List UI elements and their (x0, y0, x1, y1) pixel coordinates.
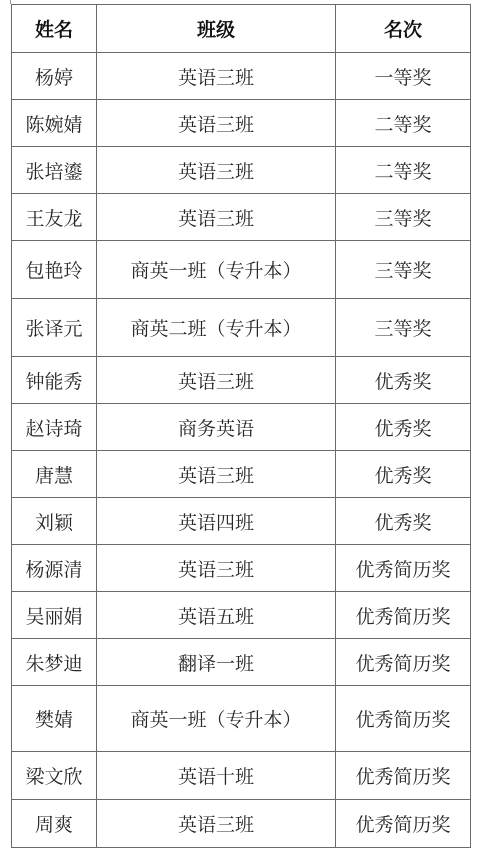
cell-rank: 三等奖 (336, 299, 471, 357)
cell-class: 英语三班 (97, 545, 336, 592)
cell-rank: 优秀简历奖 (336, 752, 471, 800)
header-rank: 名次 (336, 5, 471, 53)
cell-name: 钟能秀 (12, 357, 97, 404)
table-row: 杨婷 英语三班 一等奖 (12, 53, 471, 100)
cell-rank: 优秀简历奖 (336, 639, 471, 686)
cell-name: 张译元 (12, 299, 97, 357)
cell-name: 唐慧 (12, 451, 97, 498)
table-row: 张培鎏 英语三班 二等奖 (12, 147, 471, 194)
table-row: 周爽 英语三班 优秀简历奖 (12, 800, 471, 848)
cell-name: 王友龙 (12, 194, 97, 241)
cell-class: 英语三班 (97, 800, 336, 848)
cell-class: 英语五班 (97, 592, 336, 639)
cell-class: 商英一班（专升本） (97, 241, 336, 299)
table-row: 张译元 商英二班（专升本） 三等奖 (12, 299, 471, 357)
cell-name: 杨源清 (12, 545, 97, 592)
cell-class: 商英二班（专升本） (97, 299, 336, 357)
table-row: 陈婉婧 英语三班 二等奖 (12, 100, 471, 147)
cell-rank: 优秀奖 (336, 404, 471, 451)
cell-class: 英语三班 (97, 147, 336, 194)
cell-class: 英语三班 (97, 53, 336, 100)
cell-class: 商英一班（专升本） (97, 686, 336, 752)
table-row: 唐慧 英语三班 优秀奖 (12, 451, 471, 498)
cell-class: 英语三班 (97, 451, 336, 498)
cell-name: 朱梦迪 (12, 639, 97, 686)
cell-name: 包艳玲 (12, 241, 97, 299)
cell-rank: 优秀简历奖 (336, 545, 471, 592)
cell-name: 吴丽娟 (12, 592, 97, 639)
cell-rank: 优秀奖 (336, 451, 471, 498)
table-row: 樊婧 商英一班（专升本） 优秀简历奖 (12, 686, 471, 752)
cell-name: 梁文欣 (12, 752, 97, 800)
cell-rank: 优秀简历奖 (336, 800, 471, 848)
cell-class: 英语四班 (97, 498, 336, 545)
cell-name: 周爽 (12, 800, 97, 848)
header-row: 姓名 班级 名次 (12, 5, 471, 53)
table-row: 杨源清 英语三班 优秀简历奖 (12, 545, 471, 592)
cell-rank: 二等奖 (336, 100, 471, 147)
cell-name: 张培鎏 (12, 147, 97, 194)
table-row: 钟能秀 英语三班 优秀奖 (12, 357, 471, 404)
award-table: 姓名 班级 名次 杨婷 英语三班 一等奖 陈婉婧 英语三班 二等奖 张培鎏 英语… (11, 4, 471, 848)
header-class: 班级 (97, 5, 336, 53)
cell-name: 赵诗琦 (12, 404, 97, 451)
table-row: 吴丽娟 英语五班 优秀简历奖 (12, 592, 471, 639)
cell-rank: 优秀奖 (336, 357, 471, 404)
cell-rank: 一等奖 (336, 53, 471, 100)
cell-name: 陈婉婧 (12, 100, 97, 147)
cell-rank: 三等奖 (336, 241, 471, 299)
cell-name: 樊婧 (12, 686, 97, 752)
table-row: 梁文欣 英语十班 优秀简历奖 (12, 752, 471, 800)
cell-class: 英语三班 (97, 194, 336, 241)
cell-class: 翻译一班 (97, 639, 336, 686)
cell-name: 杨婷 (12, 53, 97, 100)
cell-class: 商务英语 (97, 404, 336, 451)
header-name: 姓名 (12, 5, 97, 53)
table-row: 王友龙 英语三班 三等奖 (12, 194, 471, 241)
cell-rank: 优秀简历奖 (336, 592, 471, 639)
table-row: 刘颖 英语四班 优秀奖 (12, 498, 471, 545)
cell-class: 英语十班 (97, 752, 336, 800)
cell-rank: 二等奖 (336, 147, 471, 194)
cell-class: 英语三班 (97, 100, 336, 147)
cell-rank: 三等奖 (336, 194, 471, 241)
cell-rank: 优秀简历奖 (336, 686, 471, 752)
table-row: 赵诗琦 商务英语 优秀奖 (12, 404, 471, 451)
cell-rank: 优秀奖 (336, 498, 471, 545)
cell-name: 刘颖 (12, 498, 97, 545)
table-row: 包艳玲 商英一班（专升本） 三等奖 (12, 241, 471, 299)
table-row: 朱梦迪 翻译一班 优秀简历奖 (12, 639, 471, 686)
cell-class: 英语三班 (97, 357, 336, 404)
